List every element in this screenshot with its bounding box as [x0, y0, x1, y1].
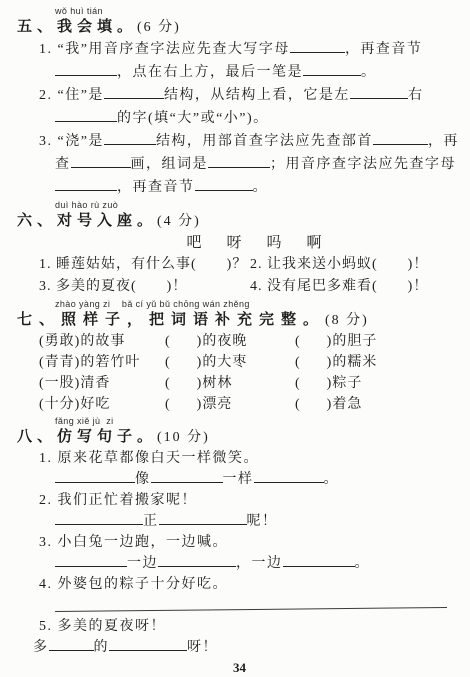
answer-blank	[283, 553, 355, 567]
phrase-text: )的胆子	[327, 334, 378, 349]
answer-blank	[55, 108, 117, 122]
open-paren: (	[165, 334, 171, 349]
choice-text: )！	[408, 257, 429, 272]
answer-blank	[290, 39, 345, 53]
pinyin-section-8: fǎng xiě jù zi	[55, 415, 462, 427]
word-bank: 吧 呀 吗 啊	[47, 232, 462, 254]
open-paren: (	[295, 334, 301, 349]
question-text: ，再	[428, 134, 459, 149]
word-bank-item: 啊	[307, 232, 323, 254]
answer-blank	[159, 511, 247, 525]
answer-line-8-2: 正呢！	[55, 511, 462, 532]
section-8: fǎng xiě jù zi 八、仿写句子。(10 分) 1. 原来花草都像白天…	[17, 415, 462, 658]
answer-blank	[55, 177, 117, 191]
section-7-title: 七、照样子，把词语补充完整。	[17, 312, 325, 328]
answer-line-8-1: 像一样。	[55, 469, 462, 490]
word-row: (一股)清香 ()树林 ()粽子	[39, 373, 462, 394]
question-text: 2. “住”是	[39, 88, 104, 103]
answer-blank	[195, 177, 253, 191]
choice-item-2: 2. 让我来送小蚂蚁()！	[250, 254, 462, 276]
choice-text: 3. 多美的夏夜(	[39, 279, 137, 294]
question-text: 结构，用部首查字法应先查部首	[156, 134, 373, 149]
question-text: ，再查音节	[117, 180, 195, 195]
answer-blank	[55, 511, 143, 525]
choice-text: 2. 让我来送小蚂蚁(	[250, 257, 378, 272]
answer-blank	[151, 469, 223, 483]
pinyin-section-6: duì hào rù zuò	[55, 199, 462, 211]
section-6-heading: 六、对号入座。(4 分)	[17, 211, 462, 232]
open-paren: (	[295, 376, 301, 391]
choice-item-4: 4. 没有尾巴多难看()！	[250, 276, 462, 298]
answer-line-8-4	[55, 595, 454, 616]
answer-line-8-5: 多的呀！	[33, 637, 462, 658]
example-phrase: (十分)好吃	[39, 394, 165, 415]
section-8-title: 八、仿写句子。	[17, 429, 157, 445]
choice-row: 3. 多美的夏夜()！ 4. 没有尾巴多难看()！	[39, 276, 462, 298]
word-bank-item: 吗	[267, 232, 283, 254]
answer-blank	[104, 85, 164, 99]
phrase-text: )树林	[197, 376, 233, 391]
open-paren: (	[295, 355, 301, 370]
answer-blank	[109, 637, 187, 651]
fill-phrase: ()漂亮	[165, 394, 295, 415]
connector-text: 像	[135, 472, 151, 487]
question-text: 画，组词是	[131, 157, 209, 172]
choice-text: 1. 睡莲姑姑，有什么事(	[39, 257, 197, 272]
section-7-heading: 七、照样子，把词语补充完整。(8 分)	[17, 310, 462, 331]
section-5: wǒ huì tián 五、我会填。(6 分) 1. “我”用音序查字法应先查大…	[17, 5, 462, 199]
question-text: 。	[361, 65, 377, 80]
phrase-text: )漂亮	[197, 397, 233, 412]
section-5-score: (6 分)	[137, 20, 181, 35]
sentence-8-1: 1. 原来花草都像白天一样微笑。	[39, 448, 462, 469]
fill-phrase: ()的胆子	[295, 331, 462, 352]
question-5-3-line-2: 查画，组词是；用音序查字法应先查字母	[55, 153, 462, 176]
sentence-8-3: 3. 小白兔一边跑，一边喊。	[39, 532, 462, 553]
phrase-text: )粽子	[327, 376, 363, 391]
word-bank-item: 吧	[186, 232, 202, 254]
question-text: 1. “我”用音序查字法应先查大写字母	[39, 42, 290, 57]
open-paren: (	[295, 397, 301, 412]
choice-text: 4. 没有尾巴多难看(	[250, 279, 378, 294]
question-5-2-line-1: 2. “住”是结构，从结构上看，它是左右	[39, 84, 462, 107]
fill-phrase: ()粽子	[295, 373, 462, 394]
choice-text: )？	[227, 257, 248, 272]
section-6: duì hào rù zuò 六、对号入座。(4 分) 吧 呀 吗 啊 1. 睡…	[17, 199, 462, 298]
worksheet-page: wǒ huì tián 五、我会填。(6 分) 1. “我”用音序查字法应先查大…	[0, 0, 470, 677]
answer-blank	[55, 62, 117, 76]
question-text: ；用音序查字法应先查字母	[270, 157, 456, 172]
pinyin-section-5: wǒ huì tián	[55, 5, 462, 17]
question-text: 查	[55, 157, 71, 172]
question-text: 。	[253, 180, 269, 195]
connector-text: 一边	[127, 556, 158, 571]
connector-text: 的	[94, 640, 110, 655]
word-row: (十分)好吃 ()漂亮 ()着急	[39, 394, 462, 415]
answer-blank	[373, 131, 428, 145]
fill-phrase: ()的夜晚	[165, 331, 295, 352]
example-phrase: (一股)清香	[39, 373, 165, 394]
example-phrase: (勇敢)的故事	[39, 331, 165, 352]
section-8-score: (10 分)	[157, 430, 210, 445]
example-phrase: (青青)的箬竹叶	[39, 352, 165, 373]
answer-blank	[208, 154, 270, 168]
answer-blank	[104, 131, 156, 145]
section-6-score: (4 分)	[157, 214, 201, 229]
question-text: ，点在右上方，最后一笔是	[117, 65, 303, 80]
phrase-text: )的大枣	[197, 355, 248, 370]
section-5-heading: 五、我会填。(6 分)	[17, 17, 462, 38]
answer-blank	[303, 62, 361, 76]
answer-blank	[350, 85, 408, 99]
section-6-title: 六、对号入座。	[17, 213, 157, 229]
choice-row: 1. 睡莲姑姑，有什么事()？ 2. 让我来送小蚂蚁()！	[39, 254, 462, 276]
fill-phrase: ()的大枣	[165, 352, 295, 373]
sentence-8-2: 2. 我们正忙着搬家呢！	[39, 490, 462, 511]
question-text: ，再查音节	[345, 42, 423, 57]
question-text: 3. “浇”是	[39, 134, 104, 149]
fill-phrase: ()的糯米	[295, 352, 462, 373]
word-row: (勇敢)的故事 ()的夜晚 ()的胆子	[39, 331, 462, 352]
section-7: zhào yàng zi bǎ cí yǔ bǔ chōng wán zhěng…	[17, 298, 462, 415]
answer-line-8-3: 一边，一边。	[55, 553, 462, 574]
choice-item-3: 3. 多美的夏夜()！	[39, 276, 250, 298]
choice-text: )！	[167, 279, 188, 294]
connector-text: 多	[33, 640, 49, 655]
choice-item-1: 1. 睡莲姑姑，有什么事()？	[39, 254, 250, 276]
question-5-2-line-2: 的字(填“大”或“小”)。	[55, 107, 462, 130]
answer-rule	[55, 607, 447, 612]
phrase-text: )的糯米	[327, 355, 378, 370]
answer-blank	[55, 553, 127, 567]
sentence-8-4: 4. 外婆包的粽子十分好吃。	[39, 574, 462, 595]
section-5-title: 五、我会填。	[17, 19, 137, 35]
question-5-3-line-1: 3. “浇”是结构，用部首查字法应先查部首，再	[39, 130, 462, 153]
question-5-3-line-3: ，再查音节。	[55, 176, 462, 199]
section-8-heading: 八、仿写句子。(10 分)	[17, 427, 462, 448]
open-paren: (	[165, 355, 171, 370]
open-paren: (	[165, 397, 171, 412]
choice-text: )！	[408, 279, 429, 294]
pinyin-section-7: zhào yàng zi bǎ cí yǔ bǔ chōng wán zhěng	[55, 298, 462, 310]
phrase-text: )着急	[327, 397, 363, 412]
connector-text: 正	[143, 514, 159, 529]
fill-phrase: ()着急	[295, 394, 462, 415]
fill-phrase: ()树林	[165, 373, 295, 394]
word-bank-item: 呀	[226, 232, 242, 254]
connector-text: 呀！	[187, 640, 218, 655]
question-5-1-line-2: ，点在右上方，最后一笔是。	[55, 61, 462, 84]
connector-text: 一样	[223, 472, 254, 487]
question-5-1-line-1: 1. “我”用音序查字法应先查大写字母，再查音节	[39, 38, 462, 61]
word-row: (青青)的箬竹叶 ()的大枣 ()的糯米	[39, 352, 462, 373]
answer-blank	[55, 469, 135, 483]
connector-text: 。	[355, 556, 371, 571]
answer-blank	[254, 469, 324, 483]
sentence-8-5: 5. 多美的夏夜呀！	[39, 616, 462, 637]
answer-blank	[71, 154, 131, 168]
page-number: 34	[17, 660, 462, 675]
connector-text: ，一边	[236, 556, 283, 571]
connector-text: 。	[324, 472, 340, 487]
question-text: 的字(填“大”或“小”)。	[117, 111, 269, 126]
question-text: 结构，从结构上看，它是左	[164, 88, 350, 103]
question-text: 右	[408, 88, 424, 103]
open-paren: (	[165, 376, 171, 391]
phrase-text: )的夜晚	[197, 334, 248, 349]
answer-blank	[49, 637, 94, 651]
connector-text: 呢！	[247, 514, 278, 529]
section-7-score: (8 分)	[325, 313, 369, 328]
answer-blank	[158, 553, 236, 567]
